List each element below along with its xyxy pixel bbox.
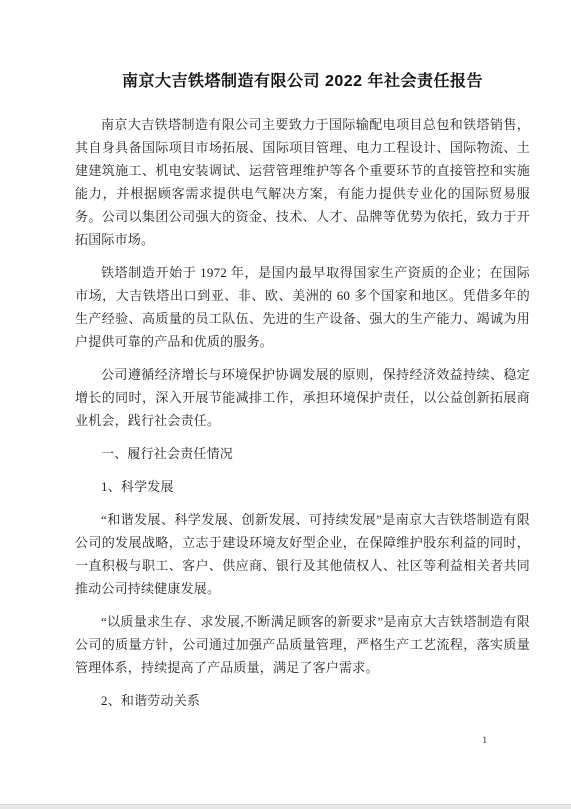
paragraph-company-overview: 南京大吉铁塔制造有限公司主要致力于国际输配电项目总包和铁塔销售，其自身具备国际项… [75,113,530,251]
subsection-heading-labor-relations: 2、和谐劳动关系 [75,689,530,712]
document-title: 南京大吉铁塔制造有限公司 2022 年社会责任报告 [75,70,530,94]
page-number: 1 [0,735,487,745]
section-heading-responsibility: 一、履行社会责任情况 [75,442,530,465]
document-page: 南京大吉铁塔制造有限公司 2022 年社会责任报告 南京大吉铁塔制造有限公司主要… [0,0,571,809]
subsection-heading-scientific-development: 1、科学发展 [75,475,530,498]
paragraph-quality-policy: “以质量求生存、求发展,不断满足顾客的新要求”是南京大吉铁塔制造有限公司的质量方… [75,610,530,679]
paragraph-tower-history: 铁塔制造开始于 1972 年，是国内最早取得国家生产资质的企业；在国际市场，大吉… [75,261,530,353]
paragraph-environment-principle: 公司遵循经济增长与环境保护协调发展的原则，保持经济效益持续、稳定增长的同时，深入… [75,363,530,432]
document-content: 南京大吉铁塔制造有限公司 2022 年社会责任报告 南京大吉铁塔制造有限公司主要… [75,70,530,722]
paragraph-development-strategy: “和谐发展、科学发展、创新发展、可持续发展”是南京大吉铁塔制造有限公司的发展战略… [75,508,530,600]
page-bottom-edge [0,804,571,809]
